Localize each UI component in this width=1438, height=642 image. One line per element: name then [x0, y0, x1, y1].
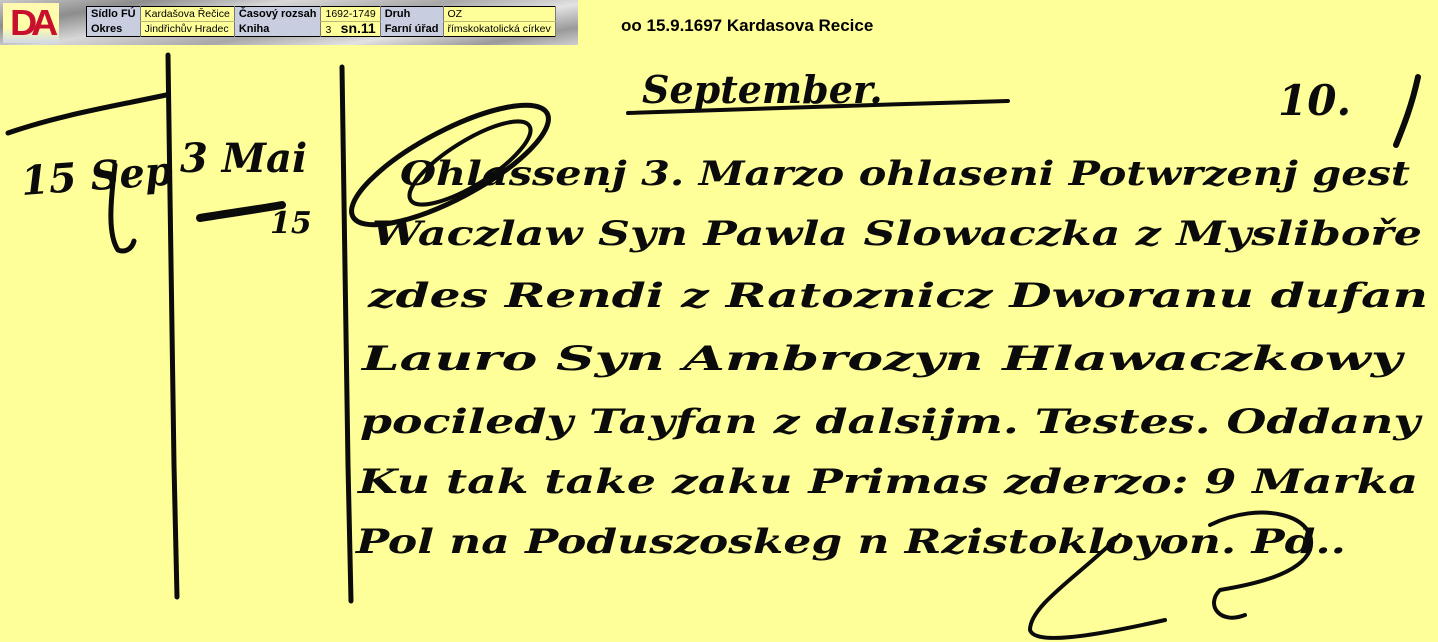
value-snimek: sn.11	[341, 22, 376, 34]
label-okres: Okres	[87, 22, 141, 37]
label-farni-urad: Farní úřad	[380, 22, 443, 37]
label-sidlo-fu: Sídlo FÚ	[87, 7, 141, 22]
column-rule-1	[168, 55, 177, 597]
value-kniha: 3	[325, 24, 331, 36]
manuscript-line-7: Pol na Poduszoskeg n Rzistokloyon. Pd..	[355, 522, 1346, 562]
manuscript-line-3: zdes Rendi z Ratoznicz Dworanu dufan	[367, 276, 1428, 316]
kniha-cell: 3 sn.11	[321, 22, 380, 37]
manuscript-line-4: Lauro Syn Ambrozyn Hlawaczkowy	[360, 339, 1405, 379]
value-farni-urad: římskokatolická církev	[443, 22, 555, 37]
manuscript-line-6: Ku tak take zaku Primas zderzo: 9 Marka	[357, 462, 1418, 502]
margin-stroke-top	[8, 95, 166, 133]
label-casovy-rozsah: Časový rozsah	[234, 7, 321, 22]
value-druh: OZ	[443, 7, 555, 22]
margin-left-note: 15 Sep	[19, 147, 174, 204]
value-okres: Jindřichův Hradec	[140, 22, 234, 37]
record-title: oo 15.9.1697 Kardasova Recice	[621, 16, 873, 36]
manuscript-scan[interactable]: 15 Sep 3 Mai 15 September. 10. Ohlassenj…	[0, 45, 1438, 642]
value-sidlo-fu: Kardašova Řečice	[140, 7, 234, 22]
logo-text: DA	[10, 5, 52, 41]
manuscript-line-2: Waczlaw Syn Pawla Slowaczka z Mysliboře	[372, 214, 1422, 254]
manuscript-line-1: Ohlassenj 3. Marzo ohlaseni Potwrzenj ge…	[400, 154, 1410, 194]
label-kniha: Kniha	[234, 22, 321, 37]
record-metadata-table: Sídlo FÚ Kardašova Řečice Časový rozsah …	[86, 6, 556, 37]
page-number: 10.	[1278, 76, 1351, 125]
archive-logo[interactable]: DA	[3, 3, 59, 43]
column-rule-2	[342, 67, 351, 601]
manuscript-line-5: pociledy Tayfan z dalsijm. Testes. Oddan…	[360, 402, 1423, 442]
manuscript-ink-layer: 15 Sep 3 Mai 15 September. 10. Ohlassenj…	[0, 45, 1438, 642]
label-druh: Druh	[380, 7, 443, 22]
page-number-flourish	[1396, 77, 1418, 145]
archive-header-bar: DA Sídlo FÚ Kardašova Řečice Časový rozs…	[0, 0, 578, 45]
margin-second-sub: 15	[270, 206, 312, 241]
margin-second-note: 3 Mai	[180, 135, 307, 182]
